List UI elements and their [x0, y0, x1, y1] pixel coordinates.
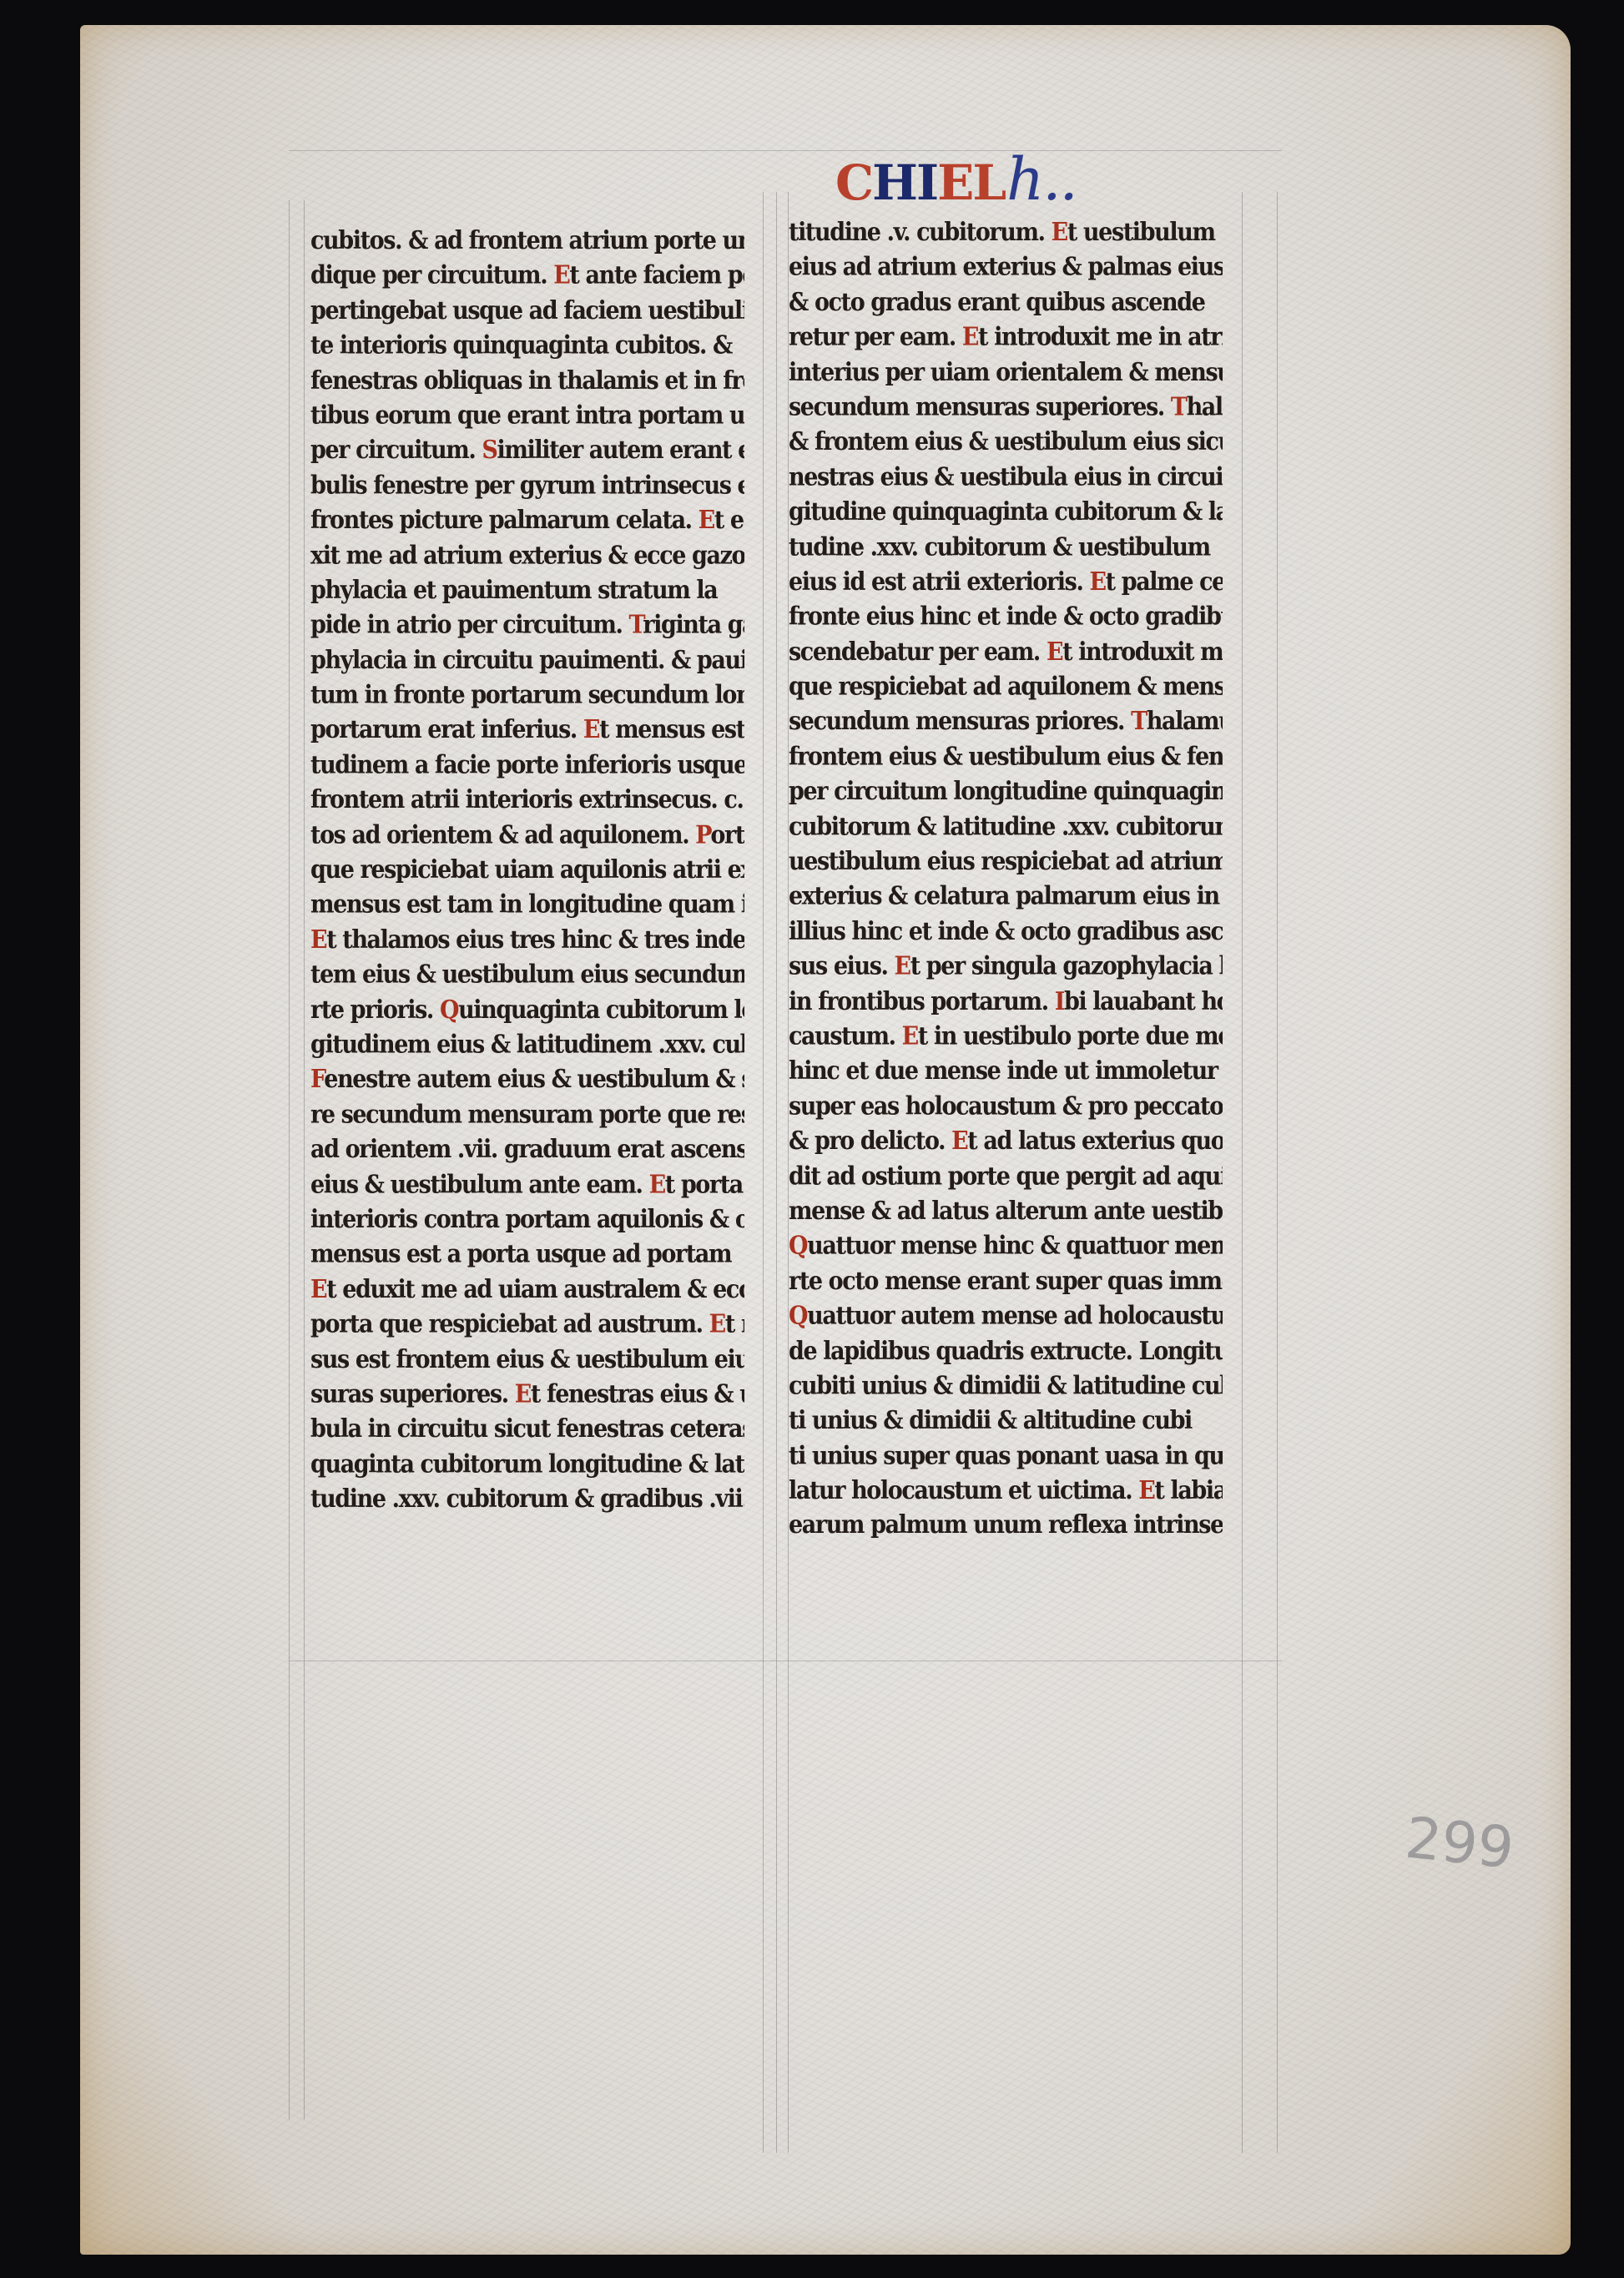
manuscript-line: dique per circuitum. Et ante faciem port… [310, 259, 744, 294]
text-column-left: cubitos. & ad frontem atrium porte undiq… [310, 224, 744, 1516]
manuscript-line: dit ad ostium porte que pergit ad aquilo… [789, 1159, 1223, 1194]
manuscript-line: rte octo mense erant super quas immolaba… [789, 1263, 1223, 1298]
ruling-line-right-inner [1242, 192, 1243, 2153]
manuscript-line: secundum mensuras superiores. Thalamum e… [789, 390, 1223, 425]
ruling-line-gutter-2 [776, 192, 777, 2153]
manuscript-line: ad orientem .vii. graduum erat ascensus [310, 1132, 744, 1167]
manuscript-line: nestras eius & uestibula eius in circuit… [789, 460, 1223, 495]
manuscript-line: illius hinc et inde & octo gradibus asce… [789, 915, 1223, 950]
manuscript-line: quaginta cubitorum longitudine & lati [310, 1447, 744, 1482]
manuscript-line: hinc et due mense inde ut immoletur [789, 1054, 1223, 1089]
manuscript-line: eius ad atrium exterius & palmas eius in… [789, 250, 1223, 285]
manuscript-line: mensus est tam in longitudine quam in la… [310, 888, 744, 923]
manuscript-line: fronte eius hinc et inde & octo gradibus… [789, 600, 1223, 635]
manuscript-line: Quattuor mense hinc & quattuor mense ind… [789, 1228, 1223, 1263]
manuscript-line: gitudinem eius & latitudinem .xxv. cubit… [310, 1027, 744, 1062]
manuscript-line: Fenestre autem eius & uestibulum & sculp… [310, 1062, 744, 1097]
manuscript-line: tudine .xxv. cubitorum & gradibus .vii. … [310, 1482, 744, 1517]
manuscript-line: latur holocaustum et uictima. Et labia [789, 1474, 1223, 1509]
manuscript-line: frontes picture palmarum celata. Et edu [310, 503, 744, 538]
manuscript-line: bula in circuitu sicut fenestras ceteras… [310, 1412, 744, 1447]
manuscript-line: eius id est atrii exterioris. Et palme c… [789, 565, 1223, 600]
folio-number: 299 [1402, 1805, 1516, 1882]
manuscript-line: ti unius & dimidii & altitudine cubi [789, 1404, 1223, 1439]
manuscript-line: cubiti unius & dimidii & latitudine cubi [789, 1368, 1223, 1404]
manuscript-line: & frontem eius & uestibulum eius sicut s… [789, 425, 1223, 460]
manuscript-line: porta que respiciebat ad austrum. Et men [310, 1307, 744, 1342]
manuscript-line: super eas holocaustum & pro peccato [789, 1089, 1223, 1124]
manuscript-line: que respiciebat ad aquilonem & mensus es… [789, 669, 1223, 704]
manuscript-line: interioris contra portam aquilonis & ori… [310, 1202, 744, 1237]
manuscript-line: ti unius super quas ponant uasa in quibu… [789, 1439, 1223, 1474]
manuscript-line: scendebatur per eam. Et introduxit me ad… [789, 635, 1223, 670]
manuscript-line: mense & ad latus alterum ante uestibulum… [789, 1194, 1223, 1229]
manuscript-line: tum in fronte portarum secundum longitud… [310, 678, 744, 713]
header-red-initial: C [835, 154, 872, 211]
manuscript-line: pide in atrio per circuitum. Triginta ga… [310, 608, 744, 643]
manuscript-line: & octo gradus erant quibus ascende [789, 285, 1223, 320]
manuscript-line: fenestras obliquas in thalamis et in fro… [310, 364, 744, 399]
ruling-line-left-outer [289, 200, 290, 2119]
manuscript-line: caustum. Et in uestibulo porte due mense [789, 1019, 1223, 1054]
manuscript-line: uestibulum eius respiciebat ad atrium [789, 844, 1223, 879]
manuscript-line: te interioris quinquaginta cubitos. & [310, 329, 744, 364]
manuscript-line: portarum erat inferius. Et mensus est la… [310, 713, 744, 748]
ruling-line-left-inner [304, 200, 305, 2119]
manuscript-line: tem eius & uestibulum eius secundum mens… [310, 957, 744, 992]
manuscript-line: re secundum mensuram porte que respicieb… [310, 1097, 744, 1132]
manuscript-line: tudinem a facie porte inferioris usque a… [310, 748, 744, 783]
manuscript-line: secundum mensuras priores. Thalamum eius… [789, 704, 1223, 739]
text-column-right: titudine .v. cubitorum. Et uestibulumeiu… [789, 215, 1223, 1543]
manuscript-line: sus eius. Et per singula gazophylacia ho… [789, 949, 1223, 984]
manuscript-line: tibus eorum que erant intra portam undiq… [310, 398, 744, 433]
manuscript-line: frontem eius & uestibulum eius & fenestr… [789, 739, 1223, 774]
manuscript-line: earum palmum unum reflexa intrinsecus pe… [789, 1508, 1223, 1543]
ruling-line-right-outer [1277, 192, 1278, 2153]
manuscript-line: Et thalamos eius tres hinc & tres inde &… [310, 923, 744, 958]
manuscript-line: tos ad orientem & ad aquilonem. Portam q… [310, 818, 744, 853]
manuscript-line: titudine .v. cubitorum. Et uestibulum [789, 215, 1223, 250]
manuscript-line: interius per uiam orientalem & mensus es… [789, 355, 1223, 391]
manuscript-line: retur per eam. Et introduxit me in atriu… [789, 320, 1223, 355]
ruling-line-gutter-1 [763, 192, 764, 2153]
manuscript-line: per circuitum. Similiter autem erant et … [310, 433, 744, 468]
manuscript-line: eius & uestibulum ante eam. Et porta atr… [310, 1167, 744, 1202]
manuscript-line: sus est frontem eius & uestibulum eius i… [310, 1342, 744, 1377]
manuscript-line: frontem atrii interioris extrinsecus. c.… [310, 783, 744, 818]
header-red-letters: EL [937, 154, 1005, 211]
running-header: CHIELh.. [835, 150, 1077, 209]
manuscript-line: pertingebat usque ad faciem uestibuli po… [310, 294, 744, 329]
header-flourish: h.. [1006, 145, 1077, 214]
manuscript-line: cubitorum & latitudine .xxv. cubitorum & [789, 809, 1223, 844]
manuscript-line: xit me ad atrium exterius & ecce gazo [310, 538, 744, 573]
ruling-line-bottom [289, 1661, 1282, 1661]
manuscript-line: que respiciebat uiam aquilonis atrii ext… [310, 853, 744, 888]
manuscript-line: exterius & celatura palmarum eius in fro… [789, 879, 1223, 915]
manuscript-line: per circuitum longitudine quinquaginta [789, 774, 1223, 809]
ruling-line-top [289, 150, 1282, 151]
manuscript-line: Et eduxit me ad uiam australem & ecce [310, 1272, 744, 1307]
manuscript-line: gitudine quinquaginta cubitorum & lati [789, 495, 1223, 530]
manuscript-line: rte prioris. Quinquaginta cubitorum lon [310, 992, 744, 1027]
manuscript-line: tudine .xxv. cubitorum & uestibulum [789, 530, 1223, 565]
manuscript-line: bulis fenestre per gyrum intrinsecus et … [310, 468, 744, 503]
manuscript-line: in frontibus portarum. Ibi lauabant holo [789, 984, 1223, 1019]
manuscript-line: cubitos. & ad frontem atrium porte un [310, 224, 744, 259]
manuscript-line: phylacia et pauimentum stratum la [310, 573, 744, 608]
header-blue-letters: HI [872, 154, 937, 211]
manuscript-line: mensus est a porta usque ad portam [310, 1237, 744, 1272]
manuscript-line: de lapidibus quadris extructe. Longitudi… [789, 1333, 1223, 1368]
manuscript-line: suras superiores. Et fenestras eius & ue… [310, 1377, 744, 1412]
manuscript-line: & pro delicto. Et ad latus exterius quod… [789, 1124, 1223, 1159]
manuscript-line: Quattuor autem mense ad holocaustum [789, 1298, 1223, 1333]
manuscript-line: phylacia in circuitu pauimenti. & pauime… [310, 643, 744, 678]
